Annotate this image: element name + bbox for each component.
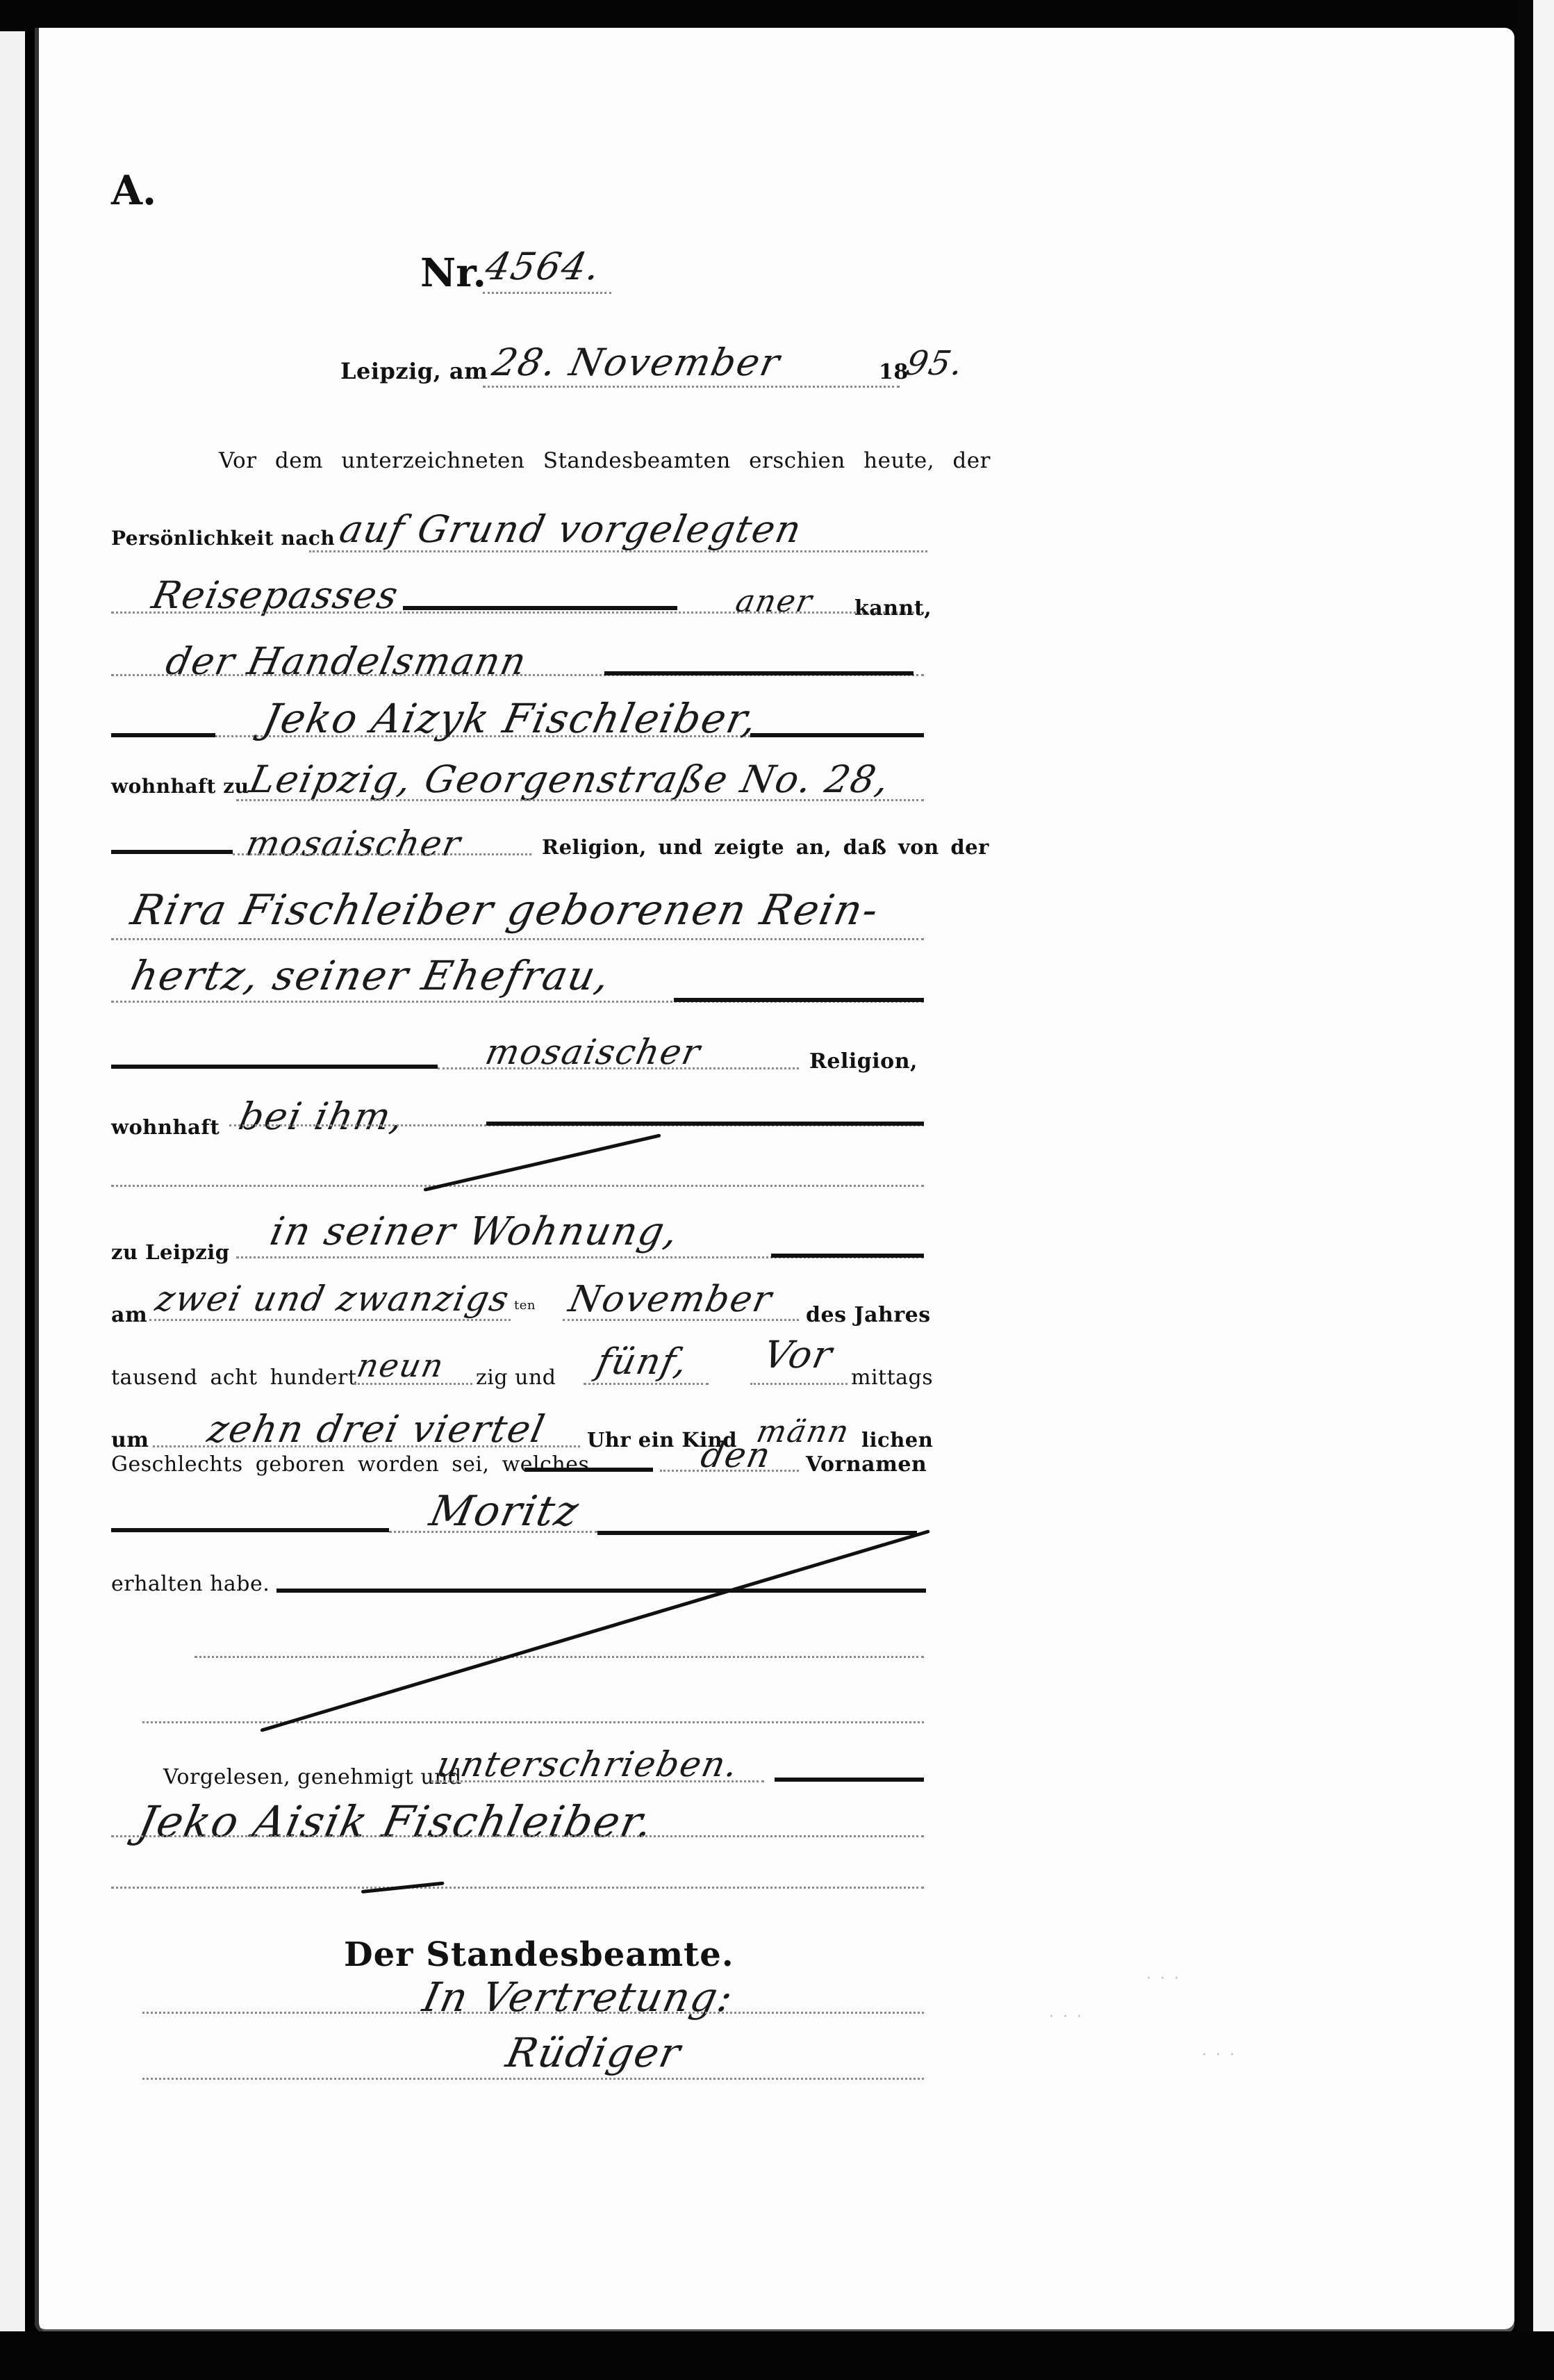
registrar-deputy-dotted-line	[142, 2012, 924, 2014]
birthplace-label: zu Leipzig	[111, 1240, 230, 1264]
decade-dotted-line	[354, 1383, 472, 1385]
time-label: um	[111, 1428, 149, 1452]
informant-signature: Jeko Aisik Fischleiber.	[133, 1796, 659, 1847]
received-dash	[276, 1589, 926, 1593]
scan-border-right	[1516, 0, 1533, 2380]
scan-border-bottom	[0, 2331, 1554, 2380]
identity-2-dash	[403, 606, 677, 610]
register-page: A. Nr. 4564. Leipzig, am 28. November 18…	[35, 28, 1514, 2333]
time-dotted-line	[153, 1445, 580, 1447]
given-name-label: Vornamen	[806, 1452, 927, 1477]
informant-signature-dotted-line	[111, 1835, 924, 1837]
religion-1-dotted-line	[233, 853, 531, 855]
mother-name-1-dotted-line	[111, 938, 924, 940]
known-label: kannt,	[854, 596, 932, 621]
day-value: zwei und zwanzigs	[152, 1279, 513, 1319]
religion-1-dash	[111, 850, 233, 854]
gender-label: Geschlechts geboren worden sei, welches	[111, 1452, 589, 1477]
month-dotted-line	[563, 1319, 799, 1321]
mother-residence-value: bei ihm,	[235, 1094, 409, 1138]
strike-line-1	[423, 1133, 661, 1192]
given-name-dash-right	[597, 1531, 917, 1535]
sex-suffix: lichen	[861, 1428, 933, 1452]
month-value: November	[565, 1279, 777, 1320]
identity-dotted-line	[309, 550, 927, 552]
intro-text: Vor dem unterzeichneten Standesbeamten e…	[219, 448, 991, 473]
unit-dotted-line	[584, 1383, 709, 1385]
year-text-label: tausend acht hundert	[111, 1365, 356, 1390]
residence-dotted-line	[236, 799, 924, 801]
known-value: aner	[733, 584, 816, 619]
blank-dotted-line-4	[111, 1887, 924, 1889]
religion-value-1: mosaischer	[242, 823, 465, 864]
religion-value-2: mosaischer	[482, 1032, 705, 1072]
article-dotted-line	[660, 1470, 799, 1472]
religion-label-1: Religion, und zeigte an, daß von der	[542, 835, 989, 859]
received-label: erhalten habe.	[111, 1572, 270, 1596]
mother-name-2: hertz, seiner Ehefrau,	[127, 952, 615, 999]
ampm-dotted-line	[750, 1383, 848, 1385]
signoff-dotted-line	[431, 1780, 764, 1782]
mother-residence-label: wohnhaft	[111, 1115, 220, 1139]
informant-dash-right	[750, 733, 924, 737]
year-suffix: 95.	[902, 344, 968, 383]
registrar-signature-dotted-line	[142, 2078, 924, 2080]
time-value: zehn drei viertel	[204, 1407, 549, 1451]
decade-suffix: zig und	[476, 1365, 556, 1390]
day-suffix: ten	[514, 1298, 536, 1313]
faint-stamp-mark-3: · · ·	[1202, 2046, 1237, 2064]
religion-2-dash	[111, 1065, 438, 1069]
registrar-heading: Der Standesbeamte.	[344, 1935, 734, 1974]
birthplace-dash	[771, 1254, 924, 1258]
gender-dash	[524, 1468, 653, 1472]
strike-line-2	[260, 1529, 930, 1732]
given-name-dotted-line	[389, 1531, 597, 1533]
occupation-value: der Handelsmann	[162, 639, 531, 683]
religion-label-2: Religion,	[809, 1049, 918, 1074]
identity-value-1: auf Grund vorgelegten	[336, 507, 806, 551]
signoff-value: unterschrieben.	[433, 1744, 743, 1784]
date-value: 28. November	[488, 340, 784, 384]
identity-label: Persönlichkeit nach	[111, 527, 335, 550]
mother-name-1: Rira Fischleiber geborenen Rein-	[127, 886, 884, 935]
ampm-label: mittags	[851, 1365, 933, 1390]
entry-number-value: 4564.	[481, 245, 605, 288]
given-name-value: Moritz	[426, 1487, 584, 1536]
day-label: am	[111, 1303, 147, 1327]
mother-residence-dash	[486, 1122, 924, 1126]
unit-value: fünf,	[593, 1341, 693, 1383]
year-label: des Jahres	[806, 1303, 931, 1327]
given-name-dash-left	[111, 1528, 389, 1532]
informant-dash-left	[111, 733, 215, 737]
birthplace-value: in seiner Wohnung,	[266, 1209, 684, 1254]
informant-name: Jeko Aizyk Fischleiber,	[259, 695, 763, 742]
occupation-dash	[604, 671, 914, 675]
entry-number-dotted-line	[483, 292, 611, 294]
residence-value: Leipzig, Georgenstraße No. 28,	[245, 757, 894, 801]
blank-dotted-line-2	[195, 1656, 924, 1658]
decade-value: neun	[354, 1347, 448, 1384]
identity-value-2: Reisepasses	[148, 573, 403, 617]
religion-2-dotted-line	[438, 1067, 799, 1069]
registrar-signature: Rüdiger	[502, 2029, 686, 2076]
faint-stamp-mark-2: · · ·	[1049, 2008, 1084, 2026]
form-letter: A.	[111, 167, 156, 214]
adjacent-page-edge	[1533, 0, 1554, 2380]
signoff-dash	[775, 1778, 924, 1782]
entry-number-label: Nr.	[420, 250, 486, 296]
blank-dotted-line	[111, 1185, 924, 1187]
date-dotted-line	[483, 386, 900, 388]
faint-stamp-mark: · · ·	[1146, 1970, 1181, 1987]
blank-dotted-line-3	[142, 1721, 924, 1723]
place-label: Leipzig, am	[340, 358, 488, 384]
mother-name-2-dash	[674, 998, 924, 1002]
page-left-edge	[0, 31, 25, 2345]
residence-label: wohnhaft zu	[111, 775, 249, 798]
signoff-label: Vorgelesen, genehmigt und	[163, 1765, 462, 1789]
day-dotted-line	[149, 1319, 511, 1321]
ampm-value: Vor	[759, 1333, 837, 1377]
